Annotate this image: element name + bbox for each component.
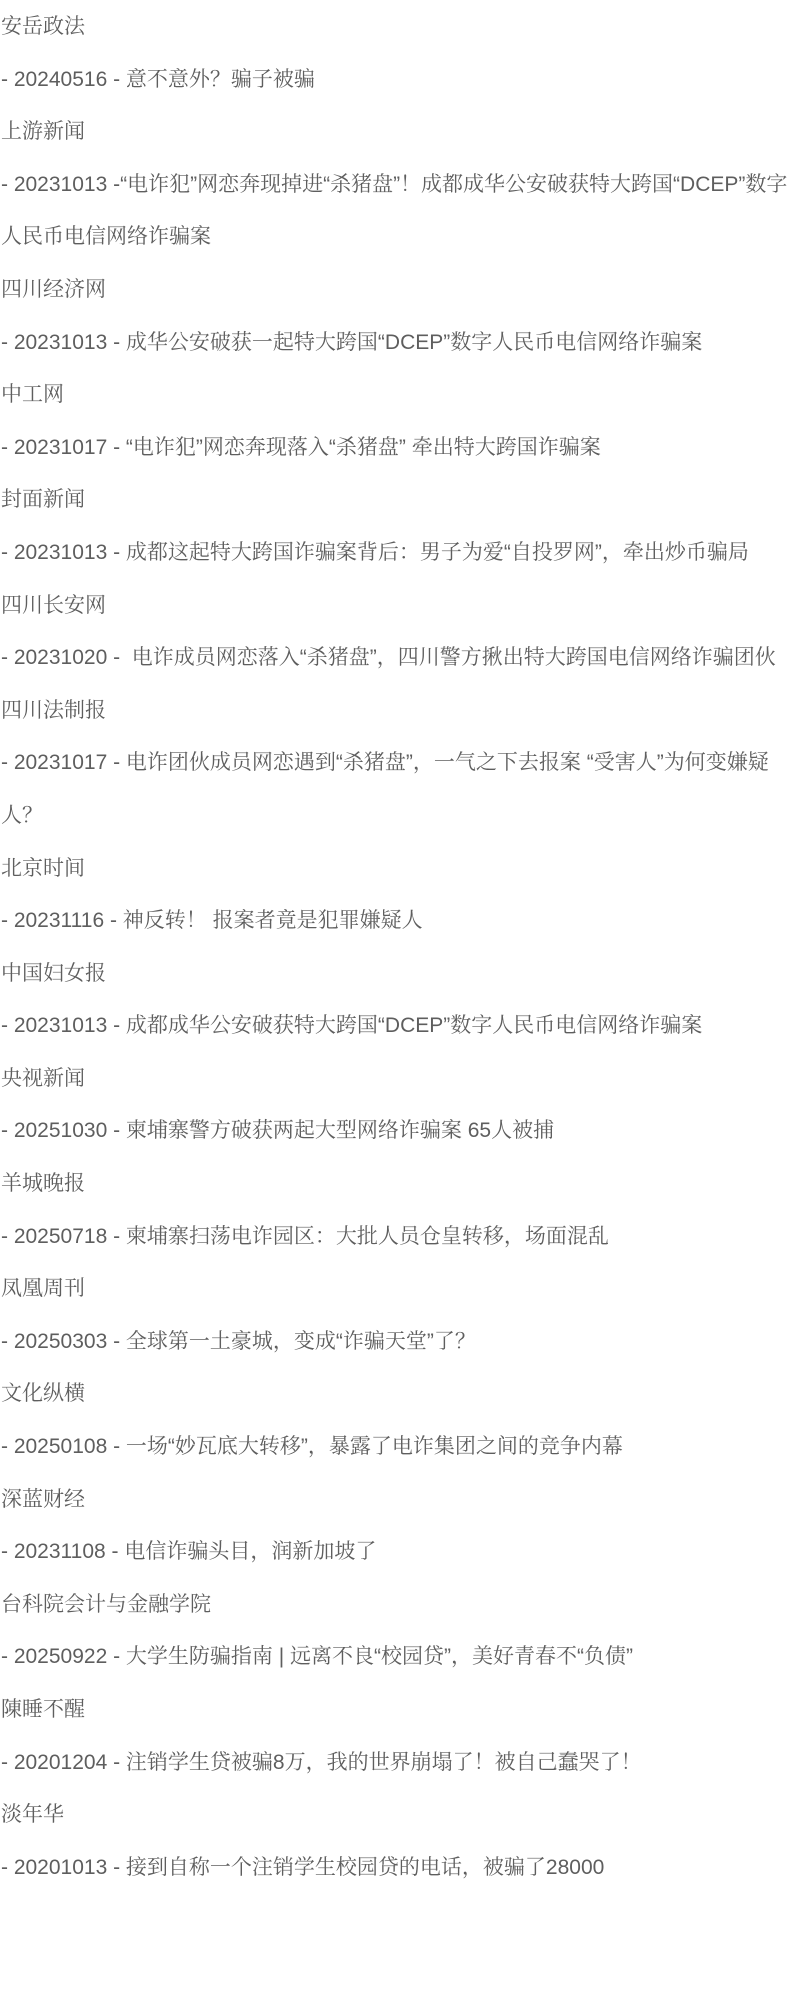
news-source-name: 淡年华: [1, 1789, 800, 1842]
news-source-name: 封面新闻: [1, 474, 800, 527]
news-headline: - 20231020 - 电诈成员网恋落入“杀猪盘”，四川警方揪出特大跨国电信网…: [1, 632, 800, 685]
news-headline: - 20251030 - 柬埔寨警方破获两起大型网络诈骗案 65人被捕: [1, 1105, 800, 1158]
news-source-name: 上游新闻: [1, 106, 800, 159]
news-source-name: 央视新闻: [1, 1053, 800, 1106]
news-headline: - 20201013 - 接到自称一个注销学生校园贷的电话，被骗了28000: [1, 1842, 800, 1895]
news-headline: - 20231013 -“电诈犯”网恋奔现掉进“杀猪盘”！成都成华公安破获特大跨…: [1, 159, 800, 264]
article-list: 安岳政法 - 20240516 - 意不意外？骗子被骗 上游新闻 - 20231…: [0, 0, 800, 2000]
news-headline: - 20250718 - 柬埔寨扫荡电诈园区：大批人员仓皇转移，场面混乱: [1, 1211, 800, 1264]
news-headline: - 20231017 - “电诈犯”网恋奔现落入“杀猪盘” 牵出特大跨国诈骗案: [1, 422, 800, 475]
news-source-name: 四川长安网: [1, 580, 800, 633]
news-source-name: 安岳政法: [1, 1, 800, 54]
news-source-name: 四川经济网: [1, 264, 800, 317]
news-headline: - 20250303 - 全球第一土豪城，变成“诈骗天堂”了？: [1, 1316, 800, 1369]
news-source-name: 凤凰周刊: [1, 1263, 800, 1316]
news-source-name: 四川法制报: [1, 685, 800, 738]
news-source-name: 中国妇女报: [1, 948, 800, 1001]
news-headline: - 20231013 - 成都这起特大跨国诈骗案背后：男子为爱“自投罗网”，牵出…: [1, 527, 800, 580]
news-source-name: 北京时间: [1, 843, 800, 896]
news-headline: - 20231017 - 电诈团伙成员网恋遇到“杀猪盘”，一气之下去报案 “受害…: [1, 737, 800, 842]
news-headline: - 20250108 - 一场“妙瓦底大转移”，暴露了电诈集团之间的竞争内幕: [1, 1421, 800, 1474]
news-headline: - 20201204 - 注销学生贷被骗8万，我的世界崩塌了！被自己蠢哭了！: [1, 1737, 800, 1790]
news-source-name: 陳睡不醒: [1, 1684, 800, 1737]
news-source-name: 文化纵横: [1, 1368, 800, 1421]
news-source-name: 深蓝财经: [1, 1474, 800, 1527]
news-source-name: 羊城晚报: [1, 1158, 800, 1211]
news-headline: - 20231013 - 成华公安破获一起特大跨国“DCEP”数字人民币电信网络…: [1, 317, 800, 370]
news-headline: - 20231108 - 电信诈骗头目，润新加坡了: [1, 1526, 800, 1579]
news-source-name: 台科院会计与金融学院: [1, 1579, 800, 1632]
news-headline: - 20250922 - 大学生防骗指南 | 远离不良“校园贷”，美好青春不“负…: [1, 1631, 800, 1684]
news-source-name: 中工网: [1, 369, 800, 422]
news-headline: - 20231013 - 成都成华公安破获特大跨国“DCEP”数字人民币电信网络…: [1, 1000, 800, 1053]
news-headline: - 20240516 - 意不意外？骗子被骗: [1, 54, 800, 107]
news-headline: - 20231116 - 神反转！ 报案者竟是犯罪嫌疑人: [1, 895, 800, 948]
